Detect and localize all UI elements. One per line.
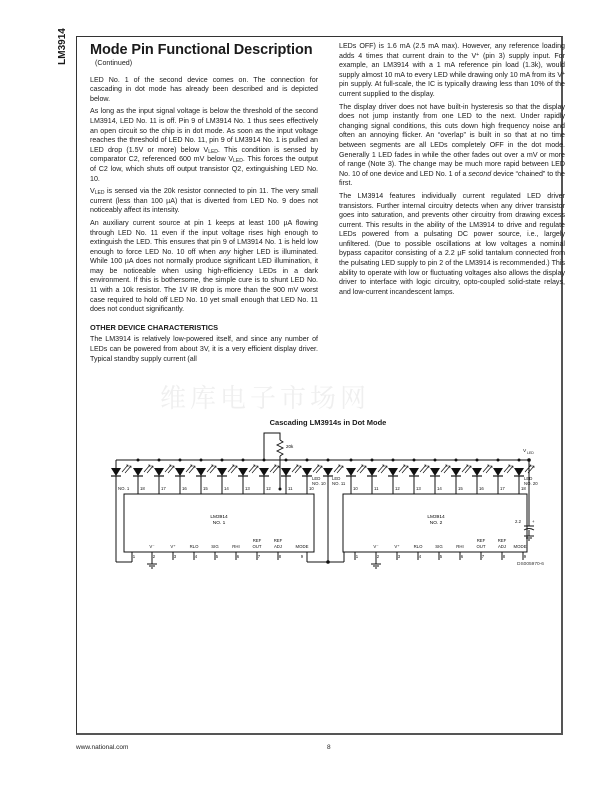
svg-text:17: 17 — [161, 486, 166, 491]
svg-text:ADJ: ADJ — [274, 544, 282, 549]
svg-text:2.2: 2.2 — [515, 519, 522, 524]
svg-text:13: 13 — [245, 486, 250, 491]
svg-text:RHI: RHI — [456, 544, 463, 549]
svg-text:18: 18 — [521, 486, 526, 491]
svg-text:7: 7 — [258, 554, 261, 559]
led-array-chip2 — [346, 465, 534, 476]
svg-text:NO. 10: NO. 10 — [312, 481, 326, 486]
svg-text:OUT: OUT — [476, 544, 485, 549]
svg-text:8: 8 — [279, 554, 282, 559]
figure-title: Cascading LM3914s in Dot Mode — [0, 418, 612, 427]
svg-text:NO. 1: NO. 1 — [213, 520, 226, 526]
section-title: Mode Pin Functional Description — [90, 42, 318, 58]
svg-text:7: 7 — [482, 554, 485, 559]
svg-text:17: 17 — [500, 486, 505, 491]
svg-text:5: 5 — [440, 554, 443, 559]
svg-text:ADJ: ADJ — [498, 544, 506, 549]
svg-text:RLO: RLO — [414, 544, 423, 549]
svg-text:13: 13 — [416, 486, 421, 491]
svg-text:MODE: MODE — [296, 544, 309, 549]
svg-text:3: 3 — [174, 554, 177, 559]
svg-text:14: 14 — [224, 486, 229, 491]
paragraph: As long as the input signal voltage is b… — [90, 107, 318, 184]
svg-text:16: 16 — [479, 486, 484, 491]
svg-text:2: 2 — [153, 554, 156, 559]
svg-text:1: 1 — [356, 554, 359, 559]
svg-text:11: 11 — [288, 486, 293, 491]
svg-text:3: 3 — [398, 554, 401, 559]
svg-text:REF: REF — [498, 538, 507, 543]
paragraph: LED No. 1 of the second device comes on.… — [90, 76, 318, 105]
svg-text:REF: REF — [477, 538, 486, 543]
left-column: Mode Pin Functional Description (Continu… — [90, 42, 318, 367]
part-number-side-label: LM3914 — [57, 28, 71, 68]
svg-text:18: 18 — [140, 486, 145, 491]
svg-text:16: 16 — [182, 486, 187, 491]
paragraph: The display driver does not have built-i… — [339, 103, 565, 189]
svg-text:15: 15 — [458, 486, 463, 491]
svg-text:2: 2 — [377, 554, 380, 559]
footer-url[interactable]: www.national.com — [76, 744, 128, 751]
paragraph: LEDs OFF) is 1.6 mA (2.5 mA max). Howeve… — [339, 42, 565, 100]
svg-text:NO. 2: NO. 2 — [430, 520, 443, 526]
svg-text:NO. 1: NO. 1 — [118, 486, 130, 491]
page-number: 8 — [327, 744, 331, 751]
svg-text:LED: LED — [527, 451, 534, 455]
svg-text:NO. 11: NO. 11 — [332, 481, 346, 486]
svg-text:6: 6 — [237, 554, 240, 559]
svg-text:1: 1 — [133, 554, 136, 559]
svg-text:REF: REF — [274, 538, 283, 543]
svg-text:RHI: RHI — [232, 544, 239, 549]
right-column: LEDs OFF) is 1.6 mA (2.5 mA max). Howeve… — [339, 42, 565, 300]
svg-text:NO. 20: NO. 20 — [524, 481, 538, 486]
svg-text:8: 8 — [503, 554, 506, 559]
svg-text:5: 5 — [216, 554, 219, 559]
svg-text:11: 11 — [374, 486, 379, 491]
svg-text:10: 10 — [309, 486, 314, 491]
svg-text:V⁺: V⁺ — [170, 544, 175, 549]
svg-text:LM3914: LM3914 — [210, 514, 228, 520]
section-subtitle: (Continued) — [95, 59, 318, 69]
svg-text:4: 4 — [419, 554, 422, 559]
svg-text:9: 9 — [301, 554, 304, 559]
watermark: 维库电子市场网 — [160, 378, 370, 415]
svg-text:9: 9 — [524, 554, 527, 559]
svg-text:15: 15 — [203, 486, 208, 491]
svg-text:REF: REF — [253, 538, 262, 543]
figure-id: DS005970-6 — [517, 562, 544, 567]
side-label-text: LM3914 — [57, 28, 68, 65]
svg-text:6: 6 — [461, 554, 464, 559]
paragraph: The LM3914 features individually current… — [339, 192, 565, 298]
svg-text:+: + — [532, 519, 535, 524]
svg-text:V⁻: V⁻ — [373, 544, 378, 549]
svg-text:LM3914: LM3914 — [427, 514, 445, 520]
svg-text:10: 10 — [353, 486, 358, 491]
svg-text:12: 12 — [266, 486, 271, 491]
svg-text:SIG: SIG — [211, 544, 219, 549]
svg-text:14: 14 — [437, 486, 442, 491]
resistor-label: 20k — [286, 444, 294, 449]
subsection-heading: OTHER DEVICE CHARACTERISTICS — [90, 323, 318, 333]
led-array-chip1 — [111, 465, 343, 476]
cascading-schematic-diagram: 20k LM3914 NO. 1 LM3914 NO. 2 — [96, 428, 556, 576]
svg-text:4: 4 — [195, 554, 198, 559]
paragraph: The LM3914 is relatively low-powered its… — [90, 335, 318, 364]
svg-text:V⁺: V⁺ — [394, 544, 399, 549]
paragraph: An auxiliary current source at pin 1 kee… — [90, 219, 318, 315]
svg-text:V⁻: V⁻ — [149, 544, 154, 549]
paragraph: VLED is sensed via the 20k resistor conn… — [90, 187, 318, 216]
svg-text:RLO: RLO — [190, 544, 199, 549]
svg-text:MODE: MODE — [514, 544, 527, 549]
svg-text:12: 12 — [395, 486, 400, 491]
svg-text:OUT: OUT — [252, 544, 261, 549]
svg-text:SIG: SIG — [435, 544, 443, 549]
